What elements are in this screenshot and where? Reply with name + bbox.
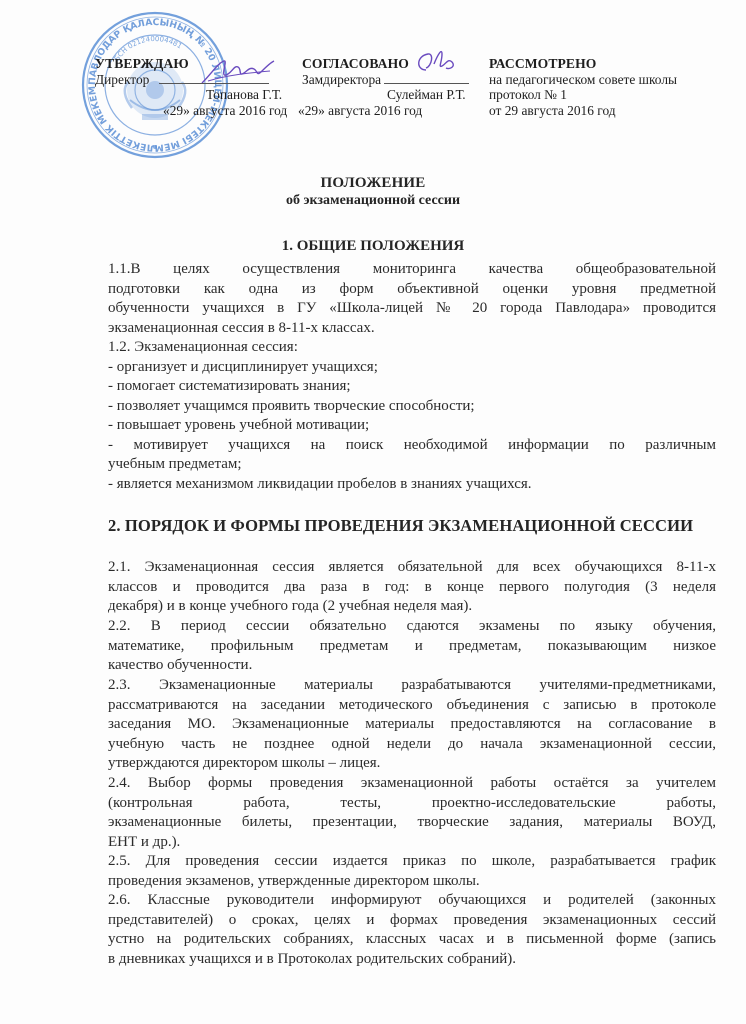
text-line: математике, профильным предметам и предм… xyxy=(108,637,716,657)
approve-role: Директор xyxy=(95,72,149,87)
text-line: 2.5. Для проведения сессии издается прик… xyxy=(108,852,716,872)
agree-title: СОГЛАСОВАНО xyxy=(302,56,469,72)
document-subtitle: об экзаменационной сессии xyxy=(0,193,746,209)
list-item: - повышает уровень учебной мотивации; xyxy=(108,416,716,436)
paragraph-1-2-intro: 1.2. Экзаменационная сессия: xyxy=(108,338,716,358)
approve-date: «29» августа 2016 год xyxy=(95,103,287,119)
paragraph-1-1: 1.1.В целях осуществления мониторинга ка… xyxy=(108,260,716,494)
text-line: учебную часть не позднее одной недели до… xyxy=(108,735,716,755)
text-line: ЕНТ и др.). xyxy=(108,833,716,853)
text-line: утверждаются директором школы – лицея. xyxy=(108,754,716,774)
agree-role: Замдиректора xyxy=(302,72,381,87)
approve-role-line: Директор xyxy=(95,72,287,88)
text-line: проведения экзаменов, утвержденные дирек… xyxy=(108,872,716,892)
document-page: ПАВЛОДАР ҚАЛАСЫНЫҢ № 20 ЛИЦЕЙ-МЕКТЕБІ МЕ… xyxy=(0,0,746,1024)
text-line: 1.1.В целях осуществления мониторинга ка… xyxy=(108,260,716,280)
text-line: устно на родительских собраниях, классны… xyxy=(108,930,716,950)
text-line: 2.6. Классные руководители информируют о… xyxy=(108,891,716,911)
review-block: РАССМОТРЕНО на педагогическом совете шко… xyxy=(489,56,677,118)
review-council: на педагогическом совете школы xyxy=(489,72,677,88)
agree-date: «29» августа 2016 год xyxy=(298,103,469,119)
paragraph-2-6: 2.6. Классные руководители информируют о… xyxy=(108,891,716,969)
list-item: - позволяет учащимся проявить творческие… xyxy=(108,397,716,417)
text-line: 2.2. В период сессии обязательно сдаются… xyxy=(108,617,716,637)
approve-block: УТВЕРЖДАЮ Директор Топанова Г.Т. «29» ав… xyxy=(95,56,287,118)
list-item: - организует и дисциплинирует учащихся; xyxy=(108,358,716,378)
approve-title: УТВЕРЖДАЮ xyxy=(95,56,287,72)
text-line: 2.1. Экзаменационная сессия является обя… xyxy=(108,558,716,578)
text-line: обученности учащихся в ГУ «Школа-лицей №… xyxy=(108,299,716,319)
text-line: рассматриваются на заседании методическо… xyxy=(108,696,716,716)
agree-role-line: Замдиректора xyxy=(302,72,469,88)
paragraph-2-2: 2.2. В период сессии обязательно сдаются… xyxy=(108,617,716,676)
list-item: - помогает систематизировать знания; xyxy=(108,377,716,397)
section-2-heading: 2. ПОРЯДОК И ФОРМЫ ПРОВЕДЕНИЯ ЭКЗАМЕНАЦИ… xyxy=(108,516,693,536)
text-line: экзаменационные билеты, презентации, тво… xyxy=(108,813,716,833)
paragraph-2-5: 2.5. Для проведения сессии издается прик… xyxy=(108,852,716,891)
text-line: подготовки как одна из форм объективной … xyxy=(108,280,716,300)
review-date: от 29 августа 2016 год xyxy=(489,103,677,119)
paragraph-2-3: 2.3. Экзаменационные материалы разрабаты… xyxy=(108,676,716,774)
list-item: - мотивирует учащихся на поиск необходим… xyxy=(108,436,716,456)
text-line: экзаменационная сессия в 8-11-х классах. xyxy=(108,319,716,339)
text-line: декабря) и в конце учебного года (2 учеб… xyxy=(108,597,716,617)
text-line: качество обученности. xyxy=(108,656,716,676)
text-line: 2.3. Экзаменационные материалы разрабаты… xyxy=(108,676,716,696)
paragraph-2-4: 2.4. Выбор формы проведения экзаменацион… xyxy=(108,774,716,852)
text-line: представителей) о сроках, целях и формах… xyxy=(108,911,716,931)
text-line: заседания МО. Экзаменационные материалы … xyxy=(108,715,716,735)
agree-name: Сулейман Р.Т. xyxy=(302,87,469,103)
text-line: (контрольная работа, тесты, проектно-исс… xyxy=(108,794,716,814)
review-title: РАССМОТРЕНО xyxy=(489,56,677,72)
approve-signature-line xyxy=(159,83,269,84)
approve-name: Топанова Г.Т. xyxy=(95,87,287,103)
text-line: в дневниках учащихся и в Протоколах роди… xyxy=(108,950,716,970)
list-item: - является механизмом ликвидации пробело… xyxy=(108,475,716,495)
document-title: ПОЛОЖЕНИЕ xyxy=(0,175,746,192)
agree-signature-line xyxy=(384,83,469,84)
agree-block: СОГЛАСОВАНО Замдиректора Сулейман Р.Т. «… xyxy=(302,56,469,118)
paragraph-2-1: 2.1. Экзаменационная сессия является обя… xyxy=(108,558,716,617)
list-item: учебным предметам; xyxy=(108,455,716,475)
text-line: 2.4. Выбор формы проведения экзаменацион… xyxy=(108,774,716,794)
review-protocol: протокол № 1 xyxy=(489,87,677,103)
section-1-heading: 1. ОБЩИЕ ПОЛОЖЕНИЯ xyxy=(0,238,746,255)
text-line: классов и проводится два раза в год: в к… xyxy=(108,578,716,598)
